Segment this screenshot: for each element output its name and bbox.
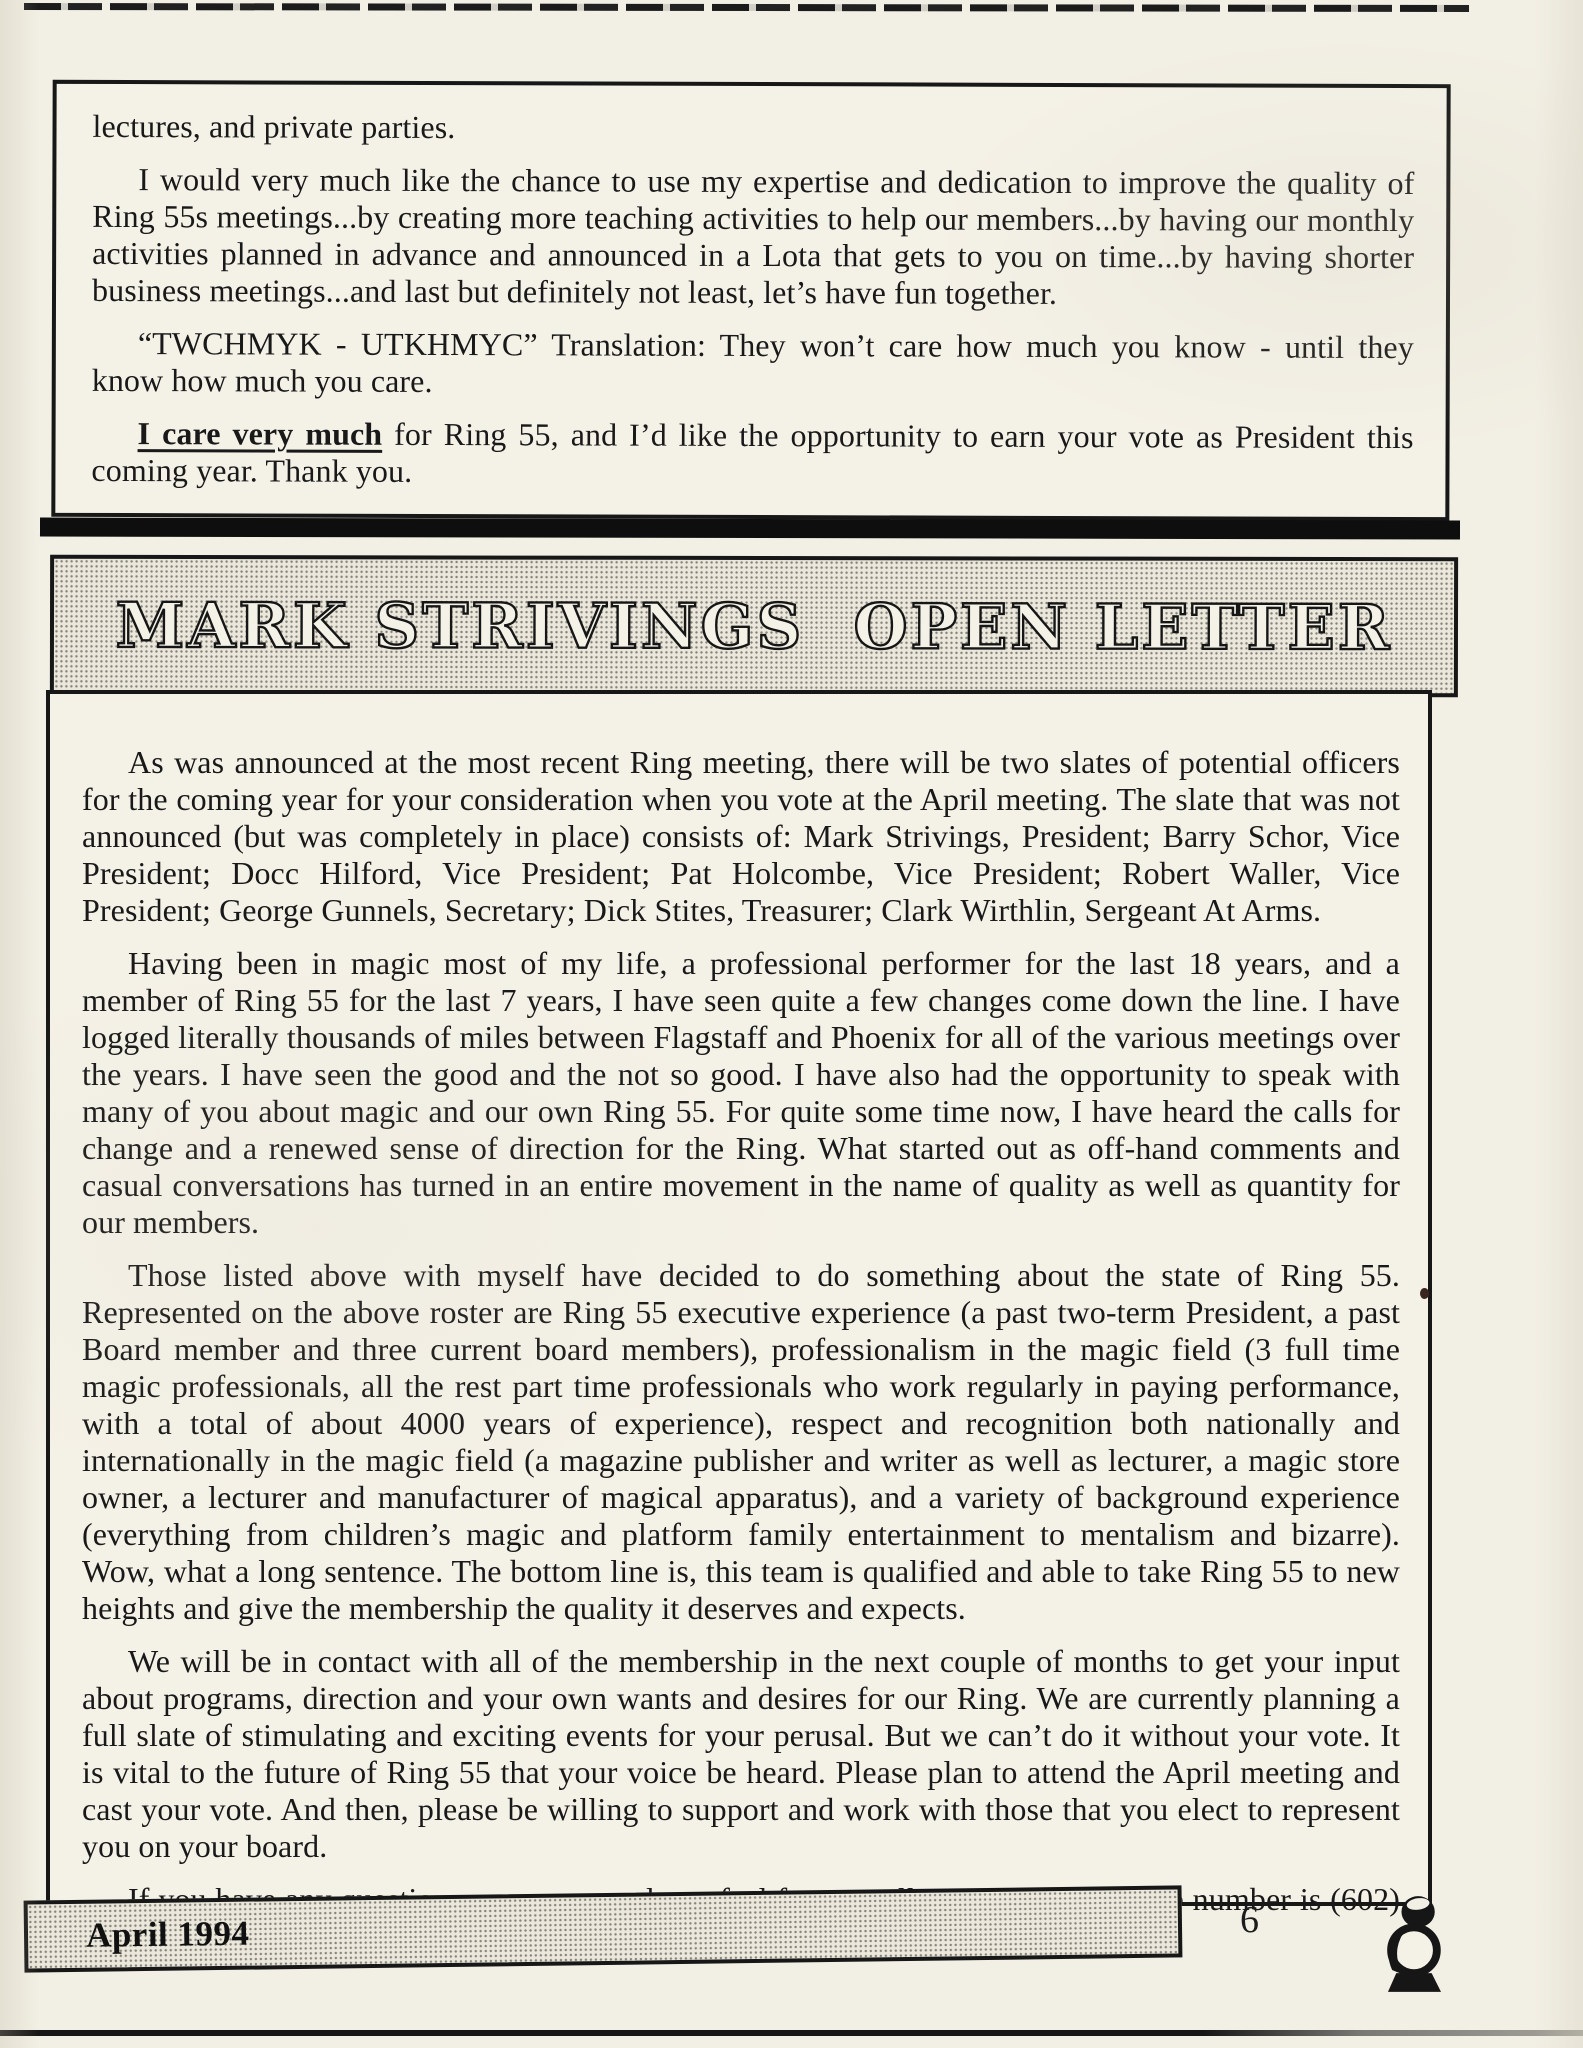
page-number: 6 — [1240, 1898, 1259, 1942]
letter-paragraph: Having been in magic most of my life, a … — [82, 945, 1400, 1241]
footer-date-bar: April 1994 — [24, 1885, 1183, 1972]
scanned-newsletter-page: lectures, and private parties. I would v… — [0, 0, 1583, 2048]
candidate-statement-box: lectures, and private parties. I would v… — [51, 80, 1450, 521]
open-letter-headline-box: MARK STRIVINGS OPEN LETTER — [50, 555, 1458, 697]
open-letter-box: As was announced at the most recent Ring… — [46, 690, 1432, 1906]
statement-paragraph: lectures, and private parties. — [92, 108, 1414, 149]
penguin-logo-icon — [1382, 1892, 1448, 1996]
letter-paragraph: We will be in contact with all of the me… — [82, 1643, 1400, 1865]
statement-paragraph: I would very much like the chance to use… — [92, 161, 1414, 313]
scan-edge-bottom — [0, 2030, 1583, 2036]
letter-paragraph: Those listed above with myself have deci… — [82, 1257, 1400, 1627]
statement-closing-paragraph: I care very much for Ring 55, and I’d li… — [91, 415, 1413, 493]
open-letter-headline: MARK STRIVINGS OPEN LETTER — [116, 588, 1393, 663]
closing-emphasis-text: I care very much — [138, 415, 383, 452]
letter-paragraph: As was announced at the most recent Ring… — [82, 744, 1400, 929]
scan-edge-top — [24, 3, 1469, 12]
section-divider-bar — [40, 518, 1460, 540]
footer-date-label: April 1994 — [86, 1914, 250, 1956]
statement-paragraph: “TWCHMYK - UTKHMYC” Translation: They wo… — [92, 325, 1414, 403]
ink-speck — [1420, 1288, 1429, 1299]
